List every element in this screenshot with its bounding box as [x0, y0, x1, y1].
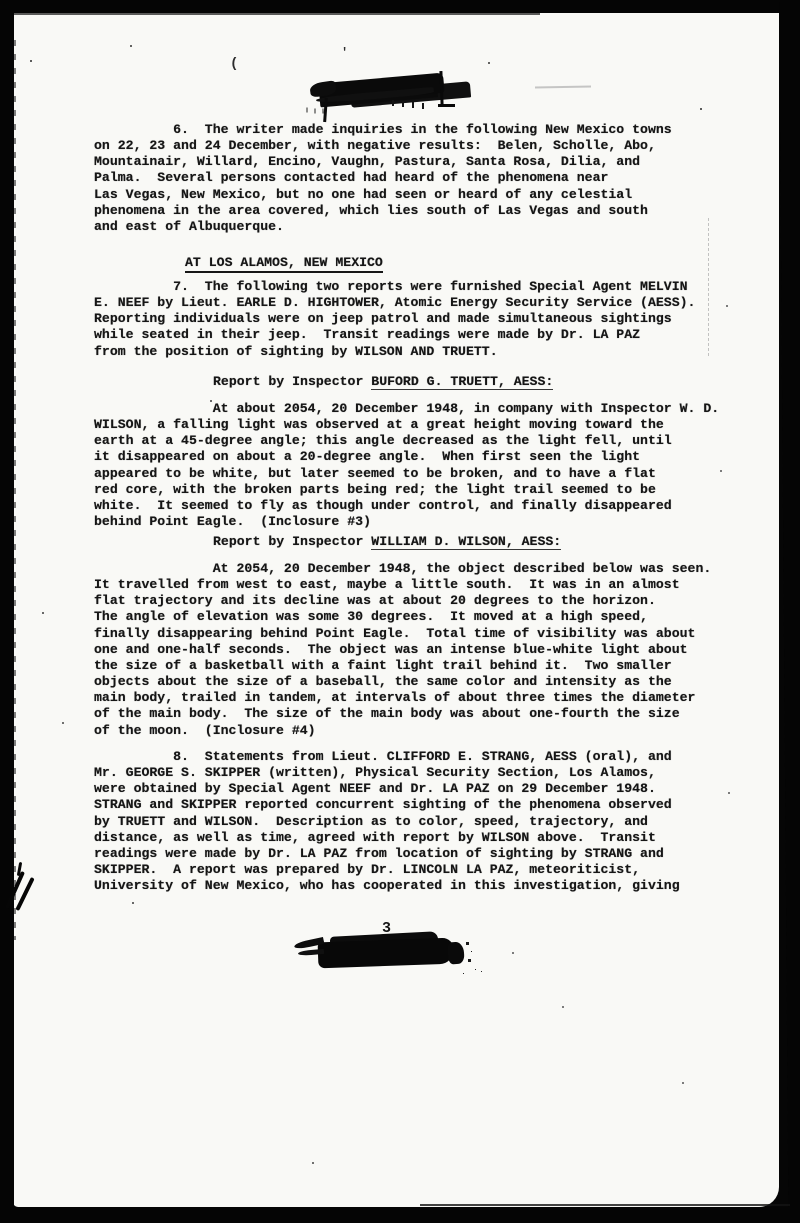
- stray-pen-tick: ': [341, 46, 348, 60]
- report-body-wilson: At 2054, 20 December 1948, the object de…: [94, 561, 711, 739]
- report-heading-prefix: Report by Inspector: [213, 374, 371, 389]
- report-heading-wilson: Report by Inspector WILLIAM D. WILSON, A…: [213, 534, 561, 550]
- scan-border-top: [0, 0, 800, 13]
- report-body-truett: At about 2054, 20 December 1948, in comp…: [94, 401, 719, 530]
- report-heading-name: BUFORD G. TRUETT, AESS:: [371, 374, 553, 390]
- paragraph-8: 8. Statements from Lieut. CLIFFORD E. ST…: [94, 749, 680, 894]
- scan-noise-specks: [0, 0, 2, 2]
- scan-border-right: [779, 0, 800, 1223]
- scanned-document-page: ( ' 6. The writer made inquiries in the …: [0, 0, 800, 1223]
- ink-blob: [318, 938, 455, 969]
- stamp-tick-marks: [392, 100, 394, 106]
- paragraph-7: 7. The following two reports were furnis…: [94, 279, 695, 360]
- stray-pen-mark: (: [230, 56, 238, 72]
- stamp-bracket-foot: [438, 104, 455, 107]
- redaction-stamp-bottom: 3: [296, 920, 506, 986]
- margin-pen-strokes: [10, 862, 54, 924]
- paragraph-6: 6. The writer made inquiries in the foll…: [94, 122, 672, 235]
- paper-fold-line: [708, 218, 709, 356]
- scan-border-left: [0, 0, 14, 1223]
- ink-drip: [323, 98, 328, 122]
- ink-blob-edge: [447, 941, 464, 964]
- report-heading-prefix: Report by Inspector: [213, 534, 371, 549]
- scan-border-bottom: [0, 1207, 800, 1223]
- report-heading-name: WILLIAM D. WILSON, AESS:: [371, 534, 561, 550]
- stamp-tick-marks: [466, 942, 469, 945]
- section-heading-los-alamos: AT LOS ALAMOS, NEW MEXICO: [185, 255, 383, 273]
- report-heading-truett: Report by Inspector BUFORD G. TRUETT, AE…: [213, 374, 553, 390]
